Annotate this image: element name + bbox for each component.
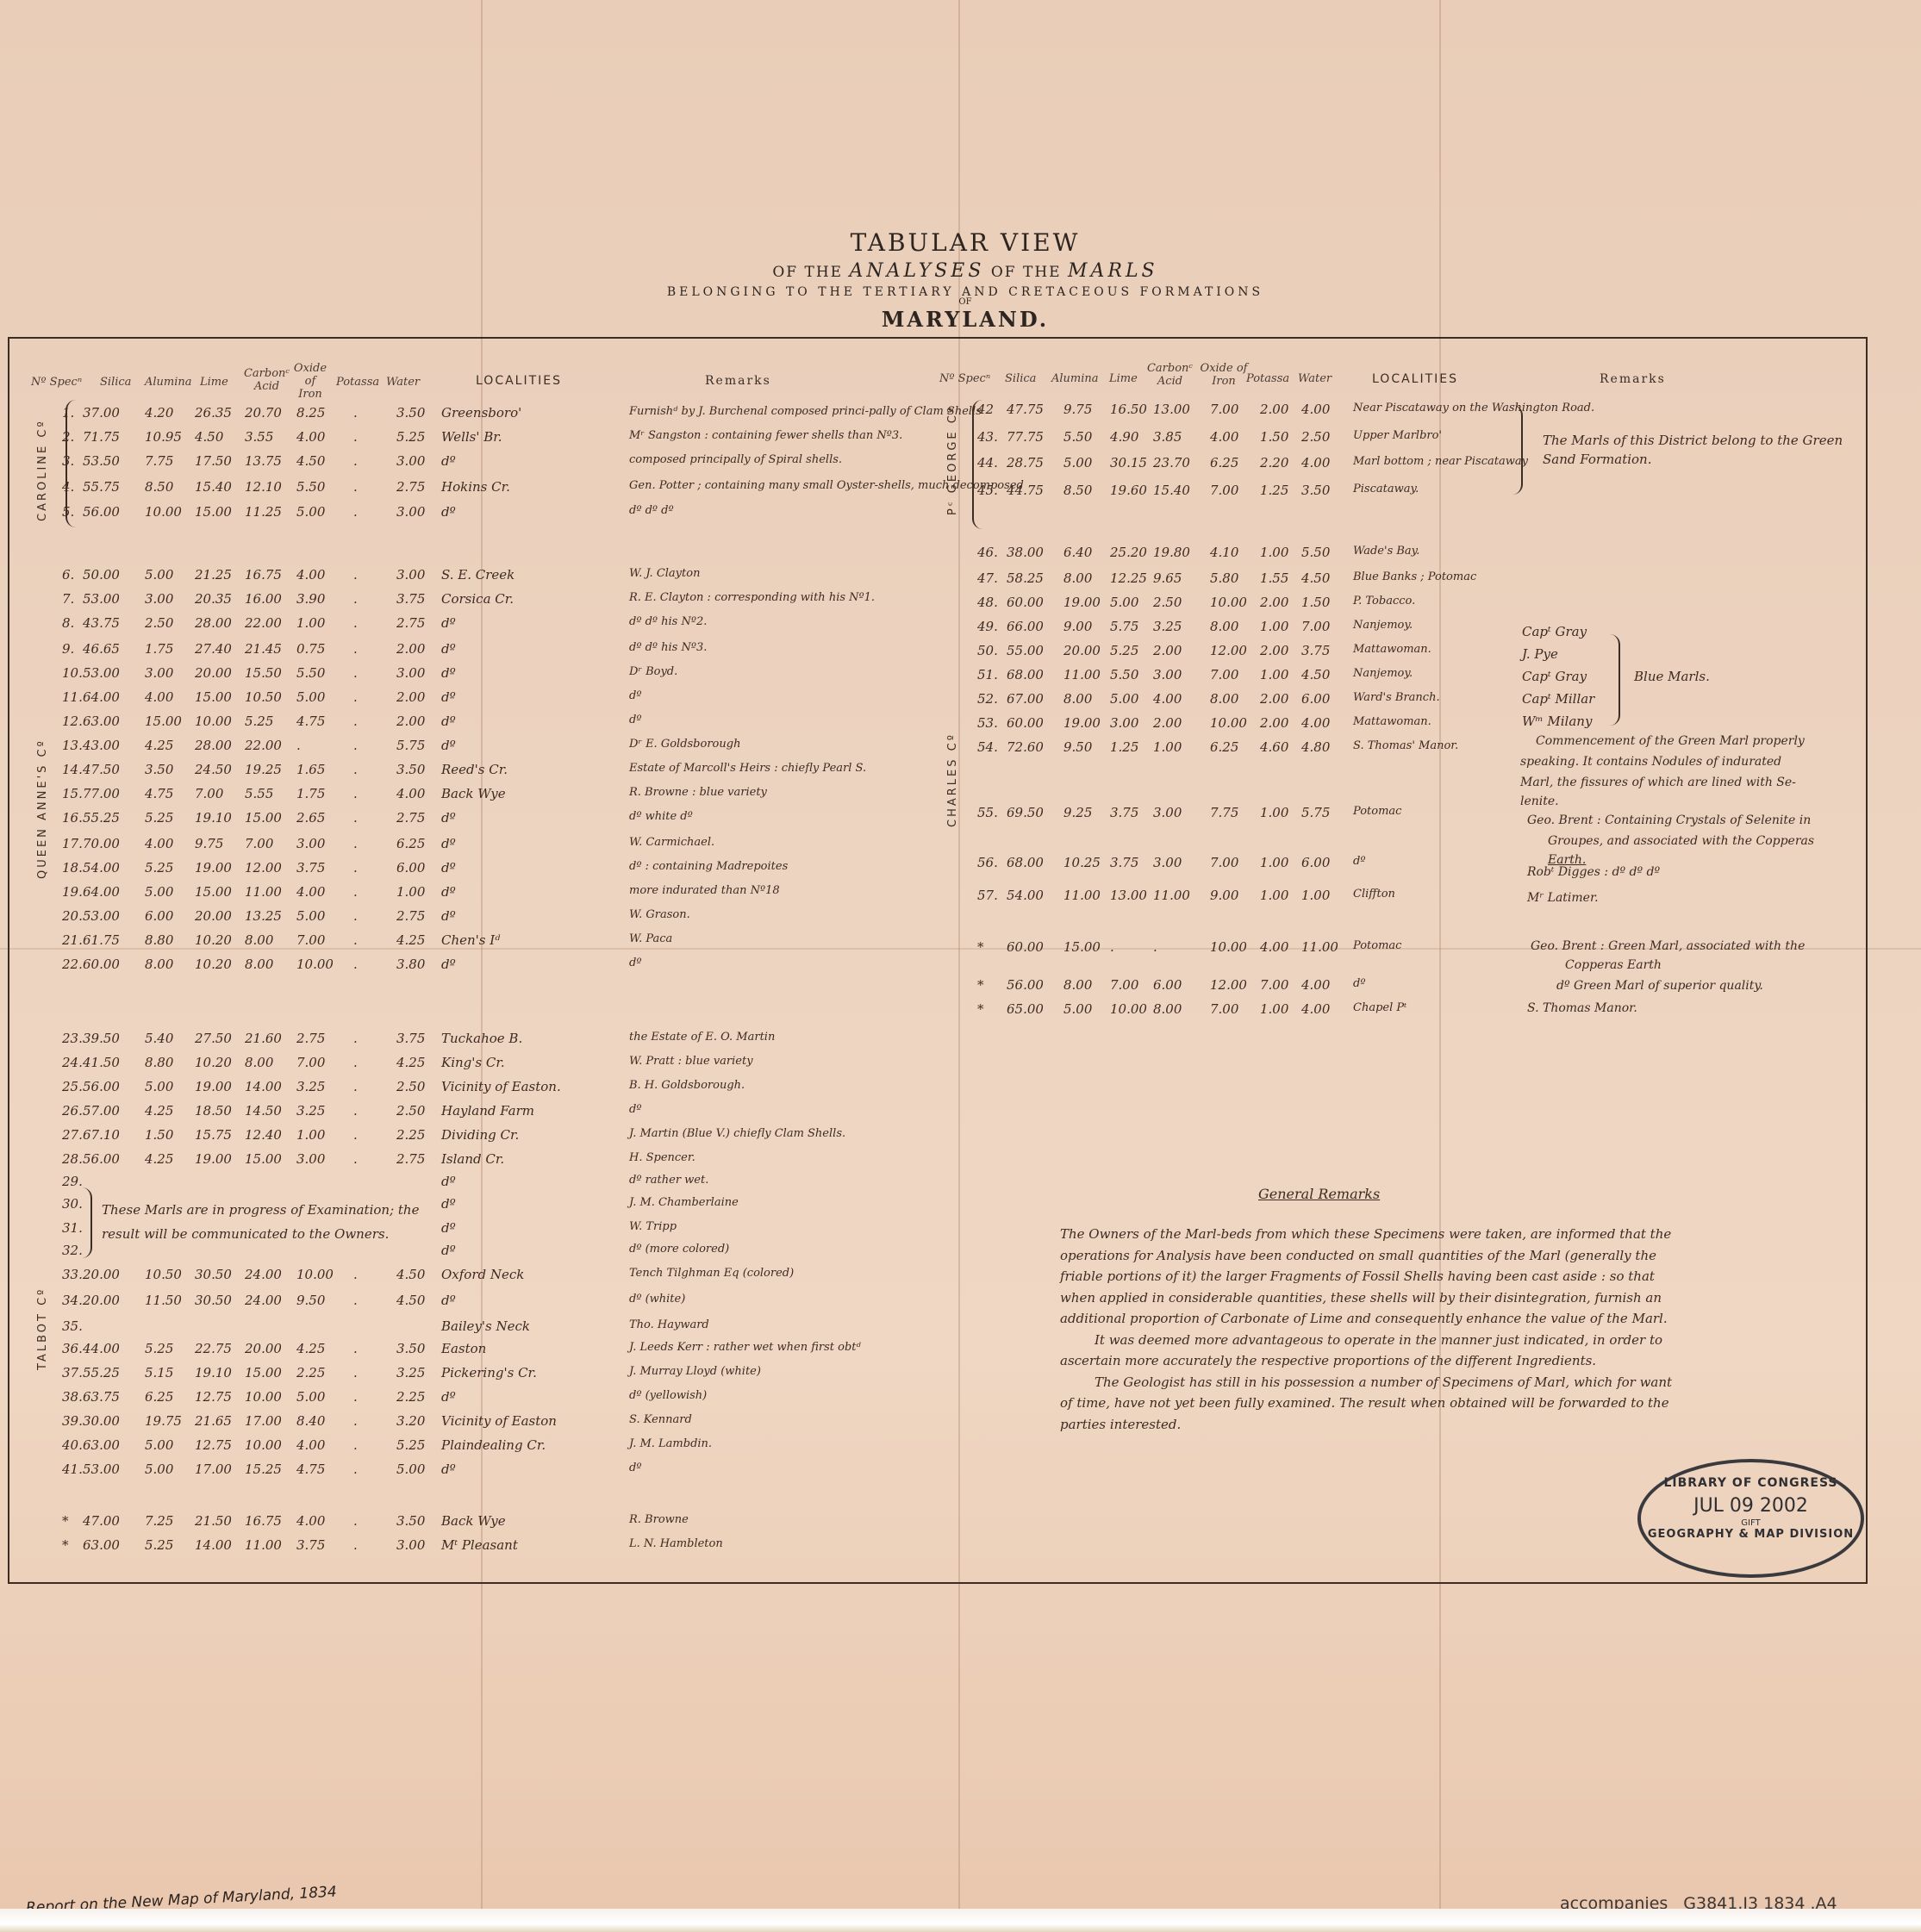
cell-n: * [62, 1537, 69, 1553]
cell-n: 16. [62, 810, 83, 826]
cell-locality: Chen's Iᵈ [441, 932, 500, 948]
cell-n: 30. [62, 1196, 83, 1212]
cell-iron: 7.00 [1210, 1001, 1238, 1017]
cell-locality: dº [441, 504, 456, 520]
cell-locality: Nanjemoy. [1353, 667, 1413, 680]
general-remarks-body: The Owners of the Marl-beds from which t… [1060, 1224, 1681, 1435]
cell-potassa: . [353, 1031, 358, 1046]
cell-alumina: 11.50 [145, 1293, 182, 1308]
cell-alumina: 5.25 [145, 1537, 173, 1553]
cell-alumina: 5.00 [145, 884, 173, 900]
cell-carb: 12.40 [245, 1127, 282, 1143]
cell-water: 4.25 [396, 932, 425, 948]
cell-potassa: . [353, 1079, 358, 1094]
cell-iron: 1.00 [296, 615, 325, 631]
cell-iron: 3.75 [296, 1537, 325, 1553]
cell-n: 41. [62, 1461, 83, 1477]
cell-silica: 53.00 [83, 591, 120, 607]
cell-carb: . [1153, 939, 1157, 955]
cell-carb: 3.00 [1153, 667, 1182, 682]
cell-n: 40. [62, 1437, 83, 1453]
cell-remark: dº dº his Nº2. [629, 615, 707, 628]
cell-silica: 55.25 [83, 1365, 120, 1380]
cell-lime: 22.75 [195, 1341, 232, 1356]
cell-locality: Mattawoman. [1353, 643, 1431, 656]
general-remarks-paragraph: It was deemed more advantageous to opera… [1060, 1330, 1681, 1372]
cell-potassa: 1.50 [1260, 429, 1288, 445]
cell-iron: 2.75 [296, 1031, 325, 1046]
cell-alumina: 3.50 [145, 762, 173, 777]
cell-silica: 68.00 [1007, 855, 1044, 870]
cell-locality: Chapel Pᵗ [1353, 1001, 1406, 1014]
cell-water: 2.50 [1301, 429, 1330, 445]
cell-n: 28. [62, 1151, 83, 1167]
cell-alumina: 8.00 [1063, 691, 1092, 707]
cell-iron: 4.50 [296, 453, 325, 469]
cell-locality: Reed's Cr. [441, 762, 508, 777]
cell-silica: 57.00 [83, 1103, 120, 1119]
cell-iron: 12.00 [1210, 643, 1247, 658]
cell-alumina: 8.50 [145, 479, 173, 495]
cell-silica: 30.00 [83, 1413, 120, 1429]
cell-water: 4.50 [1301, 570, 1330, 586]
cell-water: 2.00 [396, 689, 425, 705]
cell-iron: . [296, 738, 301, 753]
cell-silica: 60.00 [1007, 715, 1044, 731]
cell-water: 7.00 [1301, 619, 1330, 634]
cell-locality: Corsica Cr. [441, 591, 514, 607]
cell-alumina: 9.25 [1063, 805, 1092, 820]
cell-silica: 20.00 [83, 1267, 120, 1282]
cell-silica: 28.75 [1007, 455, 1044, 471]
cell-carb: 19.25 [245, 762, 282, 777]
cell-remark: W. Paca [629, 932, 672, 945]
cell-potassa: 1.25 [1260, 483, 1288, 498]
cell-n: 39. [62, 1413, 83, 1429]
cell-locality: Potomac [1353, 805, 1401, 818]
cell-water: 3.00 [396, 504, 425, 520]
cell-potassa: . [353, 884, 358, 900]
cell-alumina: 5.25 [145, 860, 173, 876]
cell-locality: dº [441, 714, 456, 729]
cell-lime: 5.25 [1110, 643, 1138, 658]
cell-n: * [62, 1513, 69, 1529]
cell-iron: 7.00 [1210, 855, 1238, 870]
cell-silica: 55.75 [83, 479, 120, 495]
cell-remark: W. Tripp [629, 1220, 677, 1233]
cell-locality: dº [441, 738, 456, 753]
cell-silica: 46.65 [83, 641, 120, 657]
cell-remark: Tench Tilghman Eq (colored) [629, 1267, 794, 1280]
cell-alumina: 4.00 [145, 836, 173, 851]
cell-locality: dº [441, 884, 456, 900]
cell-silica: 64.00 [83, 689, 120, 705]
cell-alumina: 10.00 [145, 504, 182, 520]
cell-remark: Mʳ Sangston : containing fewer shells th… [629, 429, 902, 442]
cell-alumina: 5.15 [145, 1365, 173, 1380]
cell-iron: 4.00 [296, 1437, 325, 1453]
cell-potassa: 1.00 [1260, 855, 1288, 870]
cell-carb: 6.00 [1153, 977, 1182, 993]
cell-iron: 4.75 [296, 1461, 325, 1477]
cell-alumina: 5.00 [1063, 1001, 1092, 1017]
cell-remark: dº [629, 1461, 641, 1474]
cell-alumina: 15.00 [145, 714, 182, 729]
cell-locality: dº [441, 810, 456, 826]
cell-n: 54. [977, 739, 998, 755]
cell-locality: dº [1353, 977, 1365, 990]
cell-remark: H. Spencer. [629, 1151, 695, 1164]
cell-locality: Hayland Farm [441, 1103, 534, 1119]
cell-lime: 30.50 [195, 1267, 232, 1282]
cell-alumina: 5.00 [145, 1461, 173, 1477]
cell-lime: 10.20 [195, 932, 232, 948]
cell-potassa: 1.00 [1260, 888, 1288, 903]
cell-water: 1.00 [1301, 888, 1330, 903]
cell-alumina: 19.00 [1063, 595, 1101, 610]
cell-locality: Plaindealing Cr. [441, 1437, 546, 1453]
cell-iron: 10.00 [296, 957, 334, 972]
cell-remark: composed principally of Spiral shells. [629, 453, 842, 466]
cell-water: 3.00 [396, 567, 425, 583]
cell-potassa: 1.00 [1260, 805, 1288, 820]
cell-n: * [977, 1001, 984, 1017]
cell-carb: 8.00 [245, 957, 273, 972]
cell-remark: Gen. Potter ; containing many small Oyst… [629, 479, 1024, 492]
cell-water: 5.75 [396, 738, 425, 753]
cell-water: 3.00 [396, 665, 425, 681]
cell-water: 4.80 [1301, 739, 1330, 755]
cell-iron: 10.00 [1210, 939, 1247, 955]
cell-carb: 20.00 [245, 1341, 282, 1356]
cell-carb: 10.00 [245, 1437, 282, 1453]
cell-carb: 21.45 [245, 641, 282, 657]
cell-remark: dº : containing Madrepoites [629, 860, 788, 873]
cell-n: * [977, 939, 984, 955]
cell-alumina: 4.25 [145, 1103, 173, 1119]
cell-water: 4.00 [1301, 977, 1330, 993]
cell-locality: dº [441, 957, 456, 972]
cell-n: 33. [62, 1267, 83, 1282]
cell-potassa: . [353, 1513, 358, 1529]
cell-carb: 15.00 [245, 1151, 282, 1167]
cell-locality: Bailey's Neck [441, 1318, 530, 1334]
cell-lime: 12.25 [1110, 570, 1147, 586]
cell-water: 2.75 [396, 615, 425, 631]
cell-silica: 63.75 [83, 1389, 120, 1405]
cell-lime: 19.00 [195, 1079, 232, 1094]
cell-iron: 4.00 [296, 884, 325, 900]
cell-locality: dº [441, 836, 456, 851]
cell-locality: dº [441, 641, 456, 657]
cell-iron: 5.50 [296, 479, 325, 495]
cell-lime: 5.75 [1110, 619, 1138, 634]
cell-locality: S. Thomas' Manor. [1353, 739, 1458, 752]
cell-alumina: 5.25 [145, 810, 173, 826]
cell-n: 2. [62, 429, 74, 445]
cell-potassa: 2.00 [1260, 595, 1288, 610]
cell-alumina: 2.50 [145, 615, 173, 631]
cell-n: 22. [62, 957, 83, 972]
cell-silica: 63.00 [83, 1537, 120, 1553]
cell-remark: more indurated than Nº18 [629, 884, 780, 897]
cell-alumina: 8.00 [1063, 977, 1092, 993]
cell-silica: 58.25 [1007, 570, 1044, 586]
cell-iron: 4.10 [1210, 545, 1238, 560]
cell-carb: 16.00 [245, 591, 282, 607]
cell-silica: 50.00 [83, 567, 120, 583]
cell-silica: 54.00 [83, 860, 120, 876]
cell-alumina: 8.50 [1063, 483, 1092, 498]
cell-water: 11.00 [1301, 939, 1338, 955]
cell-carb: 2.50 [1153, 595, 1182, 610]
cell-iron: 0.75 [296, 641, 325, 657]
cell-water: 3.00 [396, 1537, 425, 1553]
cell-carb: 2.00 [1153, 643, 1182, 658]
cell-potassa: 2.00 [1260, 691, 1288, 707]
cell-water: 2.75 [396, 479, 425, 495]
cell-water: 3.75 [396, 591, 425, 607]
cell-alumina: 10.95 [145, 429, 182, 445]
cell-potassa: 1.00 [1260, 545, 1288, 560]
cell-silica: 69.50 [1007, 805, 1044, 820]
cell-silica: 55.25 [83, 810, 120, 826]
cell-locality: P. Tobacco. [1353, 595, 1415, 608]
cell-lime: 25.20 [1110, 545, 1147, 560]
cell-iron: 9.50 [296, 1293, 325, 1308]
cell-water: 2.25 [396, 1127, 425, 1143]
cell-carb: 16.75 [245, 1513, 282, 1529]
cell-lime: 10.00 [195, 714, 232, 729]
cell-carb: 12.00 [245, 860, 282, 876]
cell-remark: R. Browne [629, 1513, 689, 1526]
cell-alumina: 4.25 [145, 738, 173, 753]
cell-n: 9. [62, 641, 74, 657]
cell-water: 4.00 [1301, 1001, 1330, 1017]
cell-potassa: . [353, 1293, 358, 1308]
cell-water: 3.75 [396, 1031, 425, 1046]
cell-water: 4.00 [1301, 715, 1330, 731]
title-line-2: OF THE ANALYSES OF THE MARLS [621, 260, 1310, 282]
cell-lime: 28.00 [195, 615, 232, 631]
cell-potassa: 4.00 [1260, 939, 1288, 955]
cell-alumina: 5.50 [1063, 429, 1092, 445]
cell-remark: J. Murray Lloyd (white) [629, 1365, 761, 1378]
cell-potassa: . [353, 615, 358, 631]
cell-lime: 12.75 [195, 1389, 232, 1405]
cell-alumina: 8.00 [145, 957, 173, 972]
cell-water: 4.00 [396, 786, 425, 801]
cell-n: 25. [62, 1079, 83, 1094]
cell-iron: 2.25 [296, 1365, 325, 1380]
cell-lime: 5.00 [1110, 691, 1138, 707]
cell-alumina: 19.75 [145, 1413, 182, 1429]
cell-iron: 1.65 [296, 762, 325, 777]
cell-water: 3.00 [396, 453, 425, 469]
cell-silica: 44.75 [1007, 483, 1044, 498]
cell-alumina: 5.00 [145, 1079, 173, 1094]
cell-alumina: 6.00 [145, 908, 173, 924]
cell-lime: 10.00 [1110, 1001, 1147, 1017]
cell-iron: 7.00 [1210, 667, 1238, 682]
cell-water: 2.00 [396, 714, 425, 729]
cell-n: 27. [62, 1127, 83, 1143]
cell-lime: 7.00 [1110, 977, 1138, 993]
cell-locality: dº [441, 1389, 456, 1405]
cell-n: 23. [62, 1031, 83, 1046]
cell-carb: 11.00 [245, 1537, 282, 1553]
cell-potassa: . [353, 762, 358, 777]
cell-iron: 4.00 [296, 429, 325, 445]
cell-lime: 20.00 [195, 908, 232, 924]
brace-blue-marls [1610, 634, 1620, 726]
cell-carb: 3.00 [1153, 805, 1182, 820]
cell-remark: dº (white) [629, 1293, 685, 1306]
cell-locality: Ward's Branch. [1353, 691, 1440, 704]
county-label-queen-annes: QUEEN ANNE'S Cº [36, 739, 49, 879]
cell-carb: 11.00 [245, 884, 282, 900]
cell-potassa: . [353, 689, 358, 705]
cell-lime: 21.65 [195, 1413, 232, 1429]
cell-silica: 53.00 [83, 665, 120, 681]
cell-carb: 20.70 [245, 405, 282, 421]
cell-lime: 12.75 [195, 1437, 232, 1453]
remark-name: Capᵗ Gray [1522, 669, 1587, 684]
cell-iron: 3.25 [296, 1079, 325, 1094]
general-remarks-title: General Remarks [1258, 1186, 1380, 1202]
cell-locality: King's Cr. [441, 1055, 505, 1070]
cell-locality: Cliffton [1353, 888, 1395, 901]
cell-silica: 77.75 [1007, 429, 1044, 445]
cell-potassa: . [353, 1103, 358, 1119]
cell-carb: 14.50 [245, 1103, 282, 1119]
cell-locality: Blue Banks ; Potomac [1353, 570, 1476, 583]
cell-alumina: 4.25 [145, 1151, 173, 1167]
cell-silica: 67.10 [83, 1127, 120, 1143]
cell-water: 3.50 [396, 405, 425, 421]
cell-iron: 5.80 [1210, 570, 1238, 586]
general-remarks-paragraph: The Geologist has still in his possessio… [1060, 1372, 1681, 1436]
cell-carb: 15.50 [245, 665, 282, 681]
cell-potassa: 1.00 [1260, 619, 1288, 634]
cell-locality: Near Piscataway on the Washington Road. [1353, 402, 1594, 414]
cell-lime: 17.00 [195, 1461, 232, 1477]
cell-carb: 5.55 [245, 786, 273, 801]
cell-lime: 15.00 [195, 504, 232, 520]
cell-locality: Piscataway. [1353, 483, 1419, 495]
cell-water: 5.25 [396, 1437, 425, 1453]
cell-remark: J. M. Lambdin. [629, 1437, 712, 1450]
cell-water: 3.20 [396, 1413, 425, 1429]
cell-n: 17. [62, 836, 83, 851]
cell-potassa: . [353, 1537, 358, 1553]
cell-lime: 30.50 [195, 1293, 232, 1308]
cell-carb: 22.00 [245, 615, 282, 631]
cell-carb: 2.00 [1153, 715, 1182, 731]
cell-n: 56. [977, 855, 998, 870]
cell-water: 6.00 [396, 860, 425, 876]
cell-locality: Potomac [1353, 939, 1401, 952]
cell-potassa: . [353, 1151, 358, 1167]
cell-carb: 14.00 [245, 1079, 282, 1094]
cell-iron: 7.00 [296, 932, 325, 948]
cell-locality: Wade's Bay. [1353, 545, 1419, 558]
cell-iron: 5.00 [296, 908, 325, 924]
cell-n: 26. [62, 1103, 83, 1119]
cell-potassa: . [353, 453, 358, 469]
cell-remark: Dʳ Boyd. [629, 665, 677, 678]
cell-water: 6.00 [1301, 855, 1330, 870]
cell-locality: Mᵗ Pleasant [441, 1537, 518, 1553]
cell-iron: 3.90 [296, 591, 325, 607]
cell-potassa: . [353, 1055, 358, 1070]
cell-silica: 67.00 [1007, 691, 1044, 707]
cell-carb: 3.00 [1153, 855, 1182, 870]
cell-potassa: . [353, 665, 358, 681]
cell-potassa: 1.55 [1260, 570, 1288, 586]
cell-potassa: . [353, 932, 358, 948]
cell-water: 4.00 [1301, 455, 1330, 471]
county-label-charles: CHARLES Cº [946, 732, 959, 827]
cell-remark: dº [629, 1103, 641, 1116]
cell-n: 24. [62, 1055, 83, 1070]
cell-n: 11. [62, 689, 83, 705]
cell-potassa: 2.20 [1260, 455, 1288, 471]
cell-carb: 10.50 [245, 689, 282, 705]
cell-carb: 12.10 [245, 479, 282, 495]
cell-water: 3.50 [396, 1341, 425, 1356]
cell-n: 32. [62, 1243, 83, 1258]
library-of-congress-stamp: LIBRARY OF CONGRESS JUL 09 2002 GIFT GEO… [1637, 1459, 1864, 1578]
cell-potassa: . [353, 429, 358, 445]
cell-potassa: . [353, 479, 358, 495]
cell-locality: dº [441, 689, 456, 705]
cell-remark: R. E. Clayton : corresponding with his N… [629, 591, 875, 604]
cell-silica: 38.00 [1007, 545, 1044, 560]
cell-alumina: 15.00 [1063, 939, 1101, 955]
cell-silica: 39.50 [83, 1031, 120, 1046]
cell-silica: 47.75 [1007, 402, 1044, 417]
title-line-1: TABULAR VIEW [621, 228, 1310, 257]
cell-locality: Pickering's Cr. [441, 1365, 537, 1380]
cell-potassa: . [353, 786, 358, 801]
pg-district-remark: The Marls of this District belong to the… [1543, 431, 1853, 469]
cell-n: 15. [62, 786, 83, 801]
cell-lime: 19.00 [195, 860, 232, 876]
cell-carb: 16.75 [245, 567, 282, 583]
cell-carb: 8.00 [245, 932, 273, 948]
cell-alumina: 5.40 [145, 1031, 173, 1046]
cell-potassa: 2.00 [1260, 643, 1288, 658]
cell-water: 3.50 [396, 1513, 425, 1529]
title-line-5: MARYLAND. [621, 307, 1310, 332]
cell-locality: dº [1353, 855, 1365, 868]
cell-potassa: . [353, 810, 358, 826]
cell-alumina: 3.00 [145, 665, 173, 681]
cell-carb: 1.00 [1153, 739, 1182, 755]
cell-lime: 10.20 [195, 1055, 232, 1070]
cell-water: 3.75 [1301, 643, 1330, 658]
cell-water: 2.75 [396, 810, 425, 826]
cell-remark: W. Grason. [629, 908, 690, 921]
cell-silica: 66.00 [1007, 619, 1044, 634]
cell-alumina: 19.00 [1063, 715, 1101, 731]
remark-name: Wᵐ Milany [1522, 714, 1592, 729]
cell-potassa: . [353, 1437, 358, 1453]
cell-silica: 70.00 [83, 836, 120, 851]
cell-silica: 41.50 [83, 1055, 120, 1070]
cell-iron: 8.00 [1210, 691, 1238, 707]
